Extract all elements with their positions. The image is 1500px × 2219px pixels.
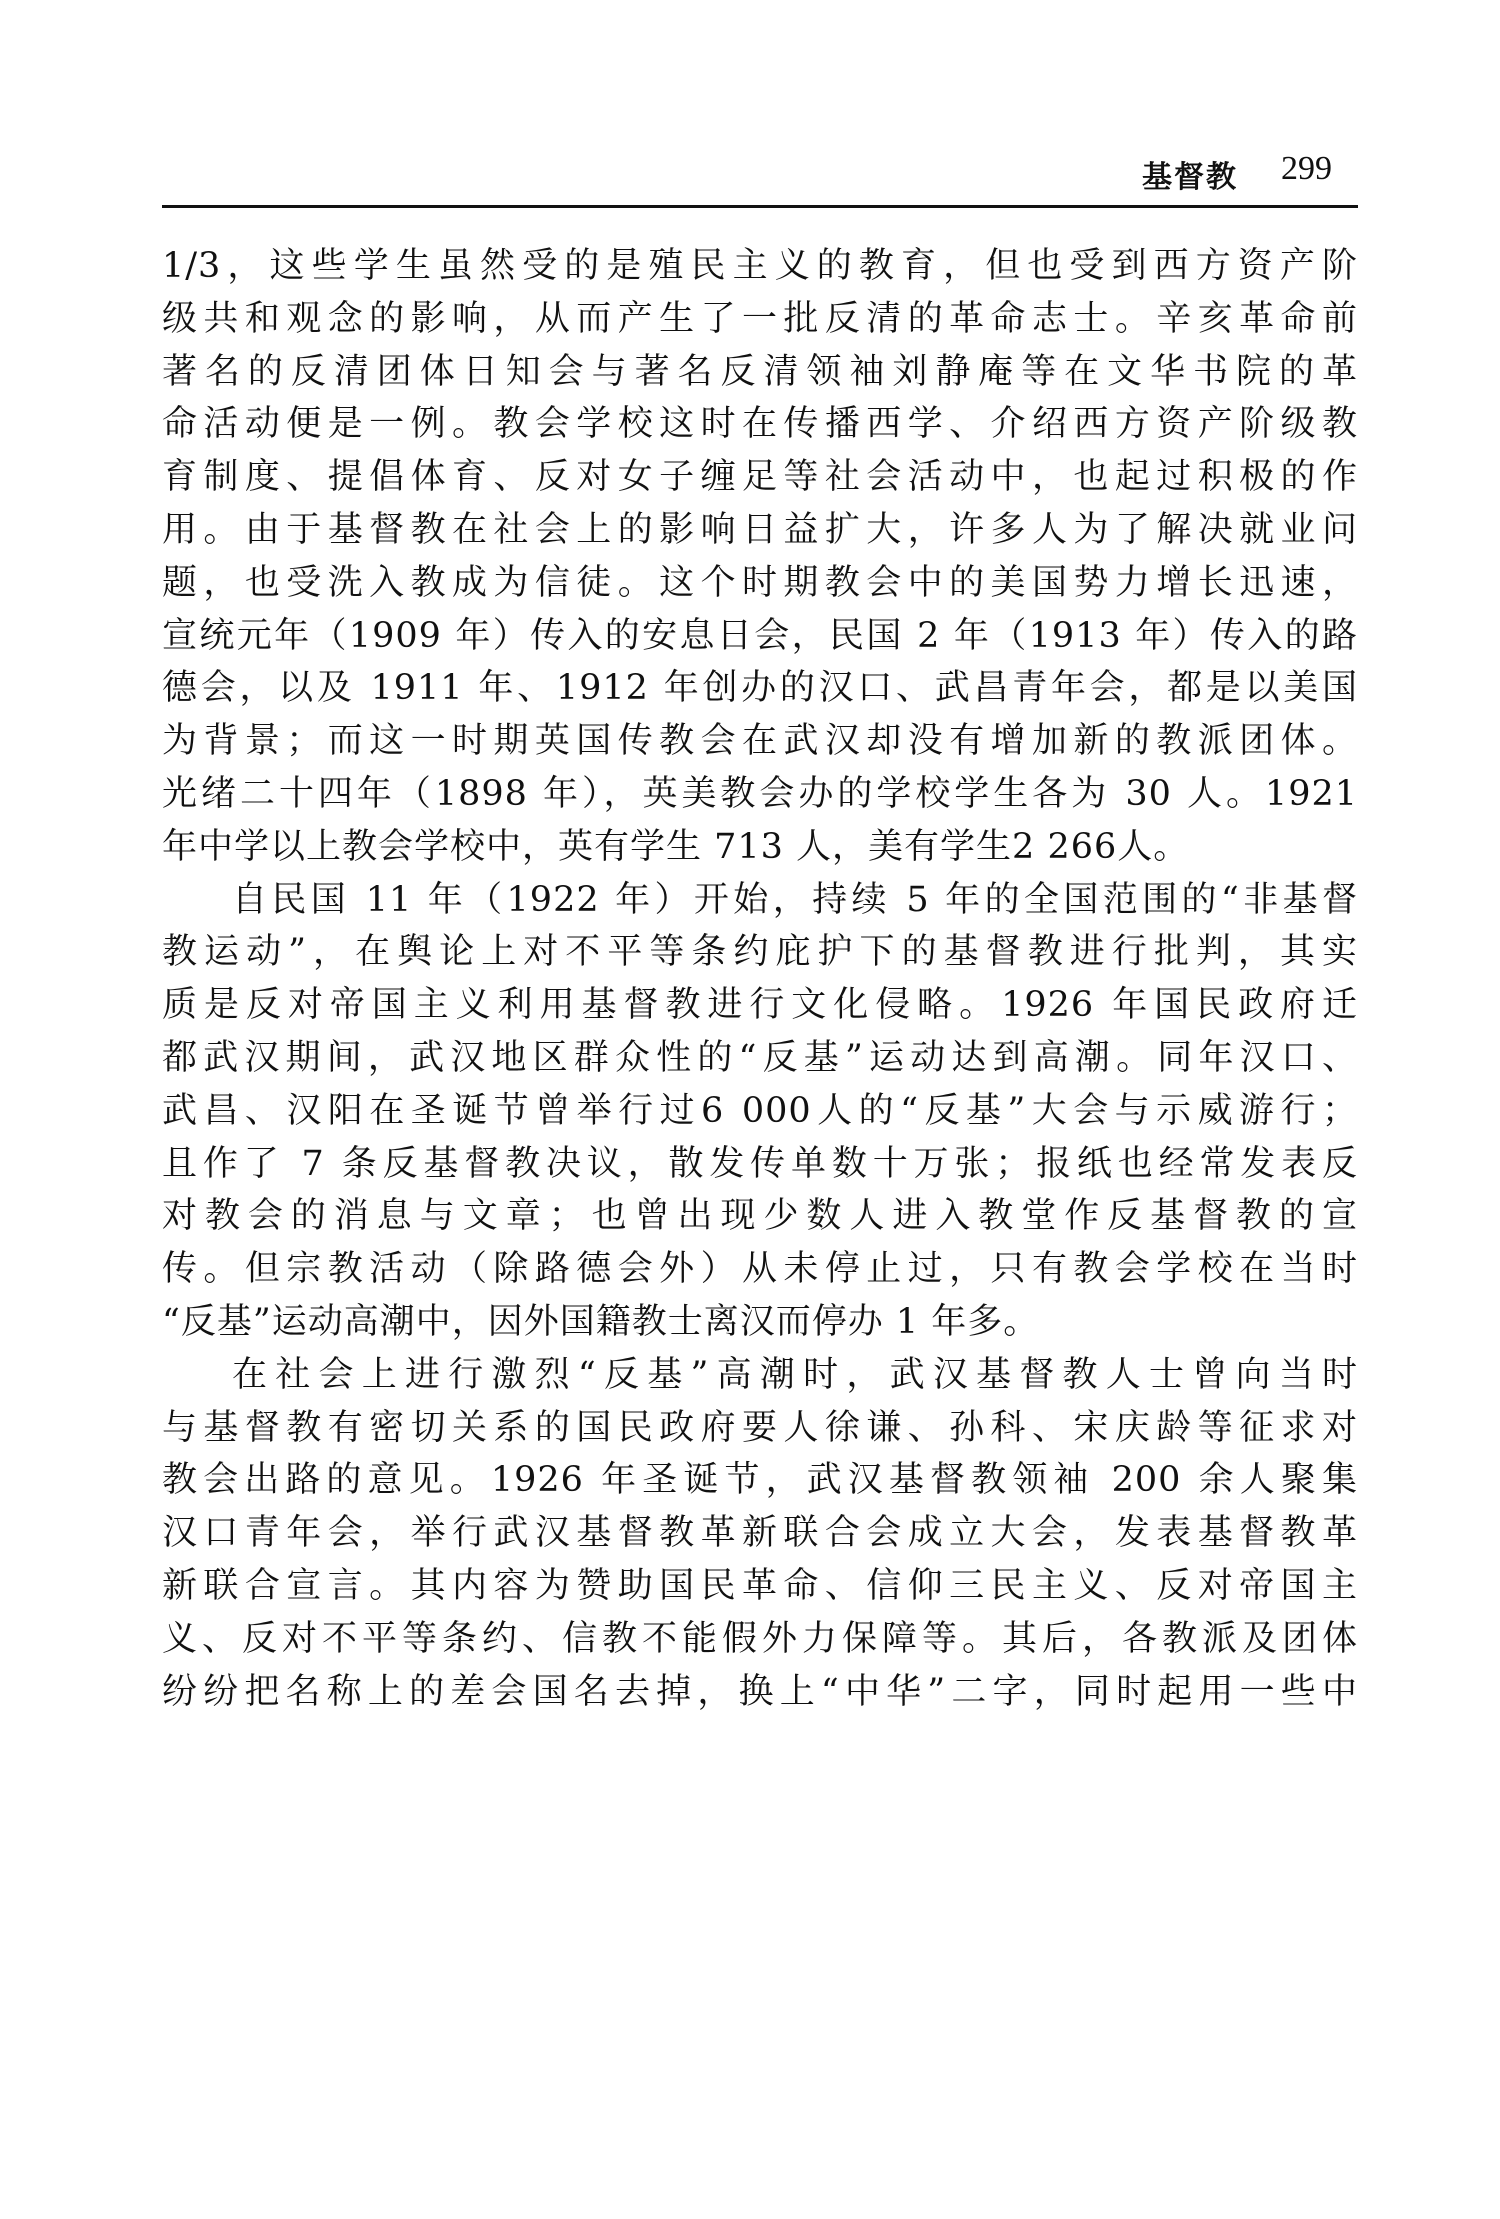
page-header: 基督教 299 xyxy=(162,140,1358,208)
text-line: 光绪二十四年（1898 年），英美教会办的学校学生各为 30 人。1921 xyxy=(162,768,1358,821)
paragraph-2: 自民国 11 年（1922 年）开始，持续 5 年的全国范围的“非基督 教运动”… xyxy=(162,874,1358,1349)
text-line: 纷纷把名称上的差会国名去掉，换上“中华”二字，同时起用一些中 xyxy=(162,1666,1358,1719)
text-line: 用。由于基督教在社会上的影响日益扩大，许多人为了解决就业问 xyxy=(162,504,1358,557)
text-line: 传。但宗教活动（除路德会外）从未停止过，只有教会学校在当时 xyxy=(162,1243,1358,1296)
text-line: 武昌、汉阳在圣诞节曾举行过6 000人的“反基”大会与示威游行； xyxy=(162,1085,1358,1138)
text-line: 育制度、提倡体育、反对女子缠足等社会活动中，也起过积极的作 xyxy=(162,451,1358,504)
paragraph-3: 在社会上进行激烈“反基”高潮时，武汉基督教人士曾向当时 与基督教有密切关系的国民… xyxy=(162,1349,1358,1719)
text-line: 义、反对不平等条约、信教不能假外力保障等。其后，各教派及团体 xyxy=(162,1613,1358,1666)
text-line: 年中学以上教会学校中，英有学生 713 人，美有学生2 266人。 xyxy=(162,821,1358,874)
running-title: 基督教 xyxy=(1142,152,1238,196)
text-line: 宣统元年（1909 年）传入的安息日会，民国 2 年（1913 年）传入的路 xyxy=(162,610,1358,663)
text-line: 在社会上进行激烈“反基”高潮时，武汉基督教人士曾向当时 xyxy=(162,1349,1358,1402)
text-line: 教运动”，在舆论上对不平等条约庇护下的基督教进行批判，其实 xyxy=(162,926,1358,979)
body-text: 1/3，这些学生虽然受的是殖民主义的教育，但也受到西方资产阶 级共和观念的影响，… xyxy=(162,240,1358,1718)
paragraph-1: 1/3，这些学生虽然受的是殖民主义的教育，但也受到西方资产阶 级共和观念的影响，… xyxy=(162,240,1358,874)
text-line: 与基督教有密切关系的国民政府要人徐谦、孙科、宋庆龄等征求对 xyxy=(162,1402,1358,1455)
text-line: 题，也受洗入教成为信徒。这个时期教会中的美国势力增长迅速， xyxy=(162,557,1358,610)
header-rule xyxy=(162,205,1358,208)
text-line: 对教会的消息与文章；也曾出现少数人进入教堂作反基督教的宣 xyxy=(162,1190,1358,1243)
text-line: 质是反对帝国主义利用基督教进行文化侵略。1926 年国民政府迁 xyxy=(162,979,1358,1032)
text-line: 教会出路的意见。1926 年圣诞节，武汉基督教领袖 200 余人聚集 xyxy=(162,1454,1358,1507)
text-line: 汉口青年会，举行武汉基督教革新联合会成立大会，发表基督教革 xyxy=(162,1507,1358,1560)
text-line: 德会，以及 1911 年、1912 年创办的汉口、武昌青年会，都是以美国 xyxy=(162,662,1358,715)
text-line: 且作了 7 条反基督教决议，散发传单数十万张；报纸也经常发表反 xyxy=(162,1138,1358,1191)
text-line: “反基”运动高潮中，因外国籍教士离汉而停办 1 年多。 xyxy=(162,1296,1358,1349)
text-line: 新联合宣言。其内容为赞助国民革命、信仰三民主义、反对帝国主 xyxy=(162,1560,1358,1613)
page-number: 299 xyxy=(1281,150,1332,188)
text-line: 1/3，这些学生虽然受的是殖民主义的教育，但也受到西方资产阶 xyxy=(162,240,1358,293)
text-line: 命活动便是一例。教会学校这时在传播西学、介绍西方资产阶级教 xyxy=(162,398,1358,451)
text-line: 都武汉期间，武汉地区群众性的“反基”运动达到高潮。同年汉口、 xyxy=(162,1032,1358,1085)
text-line: 为背景；而这一时期英国传教会在武汉却没有增加新的教派团体。 xyxy=(162,715,1358,768)
text-line: 著名的反清团体日知会与著名反清领袖刘静庵等在文华书院的革 xyxy=(162,346,1358,399)
text-line: 自民国 11 年（1922 年）开始，持续 5 年的全国范围的“非基督 xyxy=(162,874,1358,927)
text-line: 级共和观念的影响，从而产生了一批反清的革命志士。辛亥革命前 xyxy=(162,293,1358,346)
